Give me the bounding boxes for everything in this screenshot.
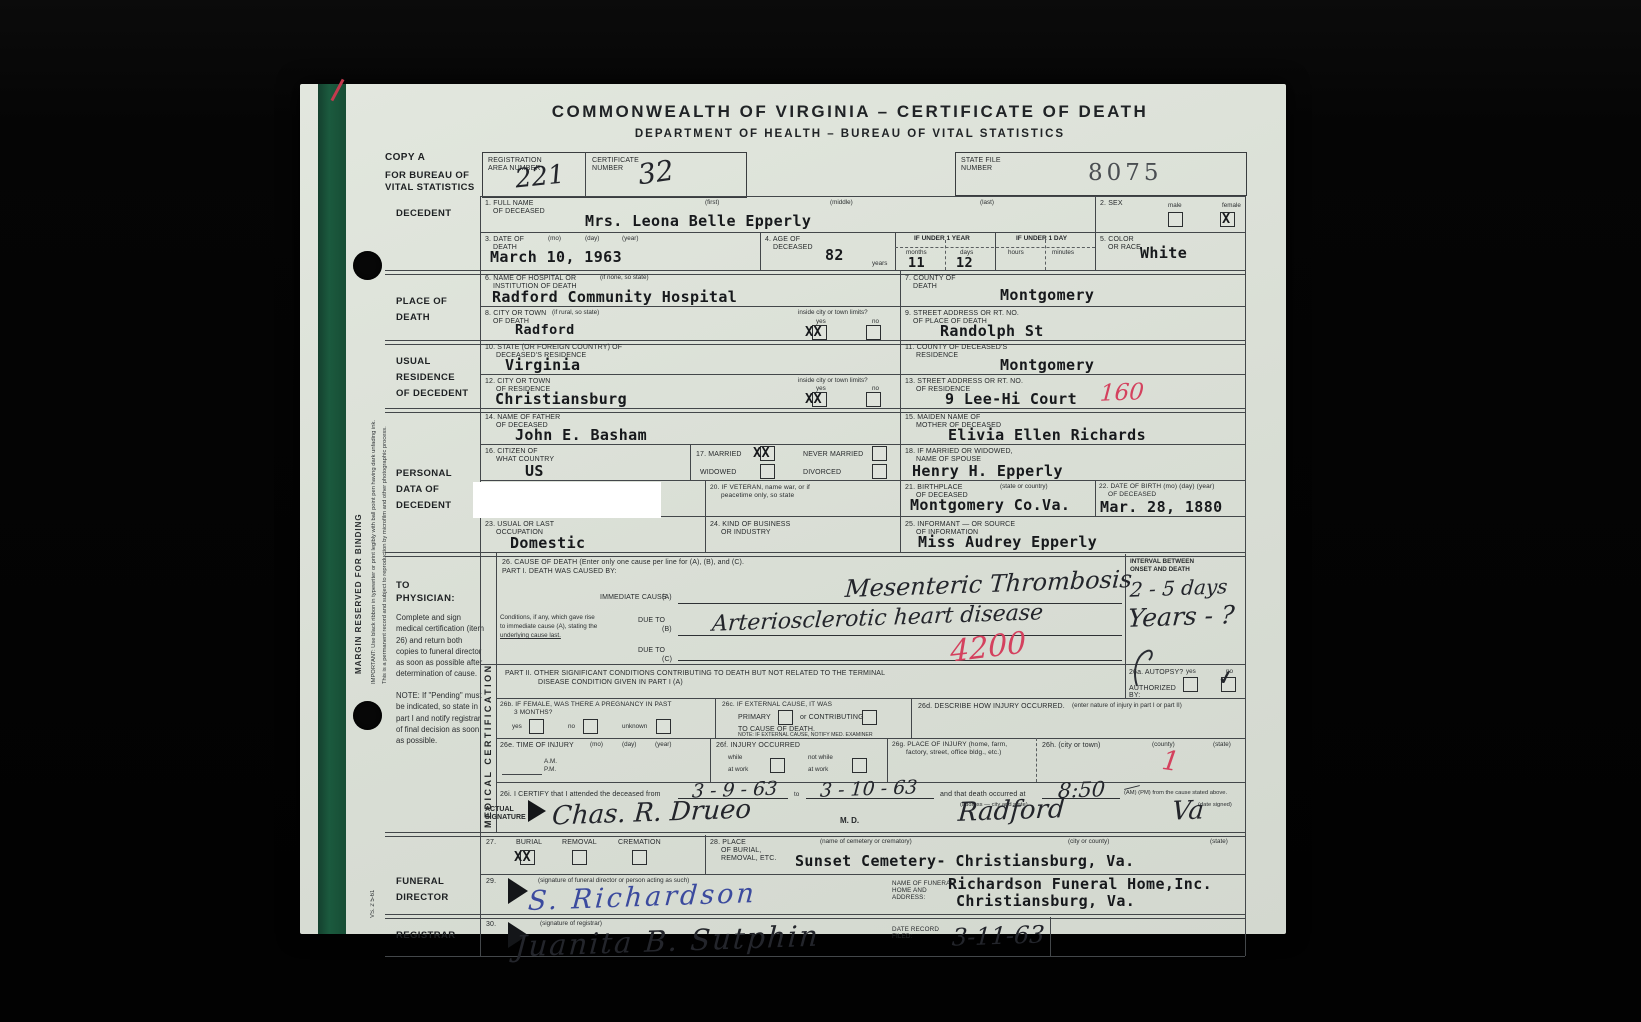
f21-hint: (state or country) — [1000, 483, 1048, 490]
city-of-death-value: Radford — [515, 322, 575, 338]
f8-hint: (if rural, so state) — [552, 309, 599, 316]
side-label-place-of-death1: PLACE OF — [396, 296, 447, 307]
f28-cemetery-hint: (name of cemetery or crematory) — [820, 838, 912, 845]
f1-first-hint: (first) — [705, 199, 719, 206]
grid-line — [496, 738, 1245, 739]
f26h-state-hint: (state) — [1213, 741, 1231, 748]
box-divider — [585, 152, 586, 196]
f8-limits-label: inside city or town limits? — [798, 309, 868, 316]
side-label-registrar: REGISTRAR — [396, 930, 456, 941]
street-residence-value: 9 Lee-Hi Court — [945, 390, 1077, 408]
punch-hole — [353, 251, 382, 280]
f27-burial-label: BURIAL — [516, 838, 542, 847]
immediate-cause-label: IMMEDIATE CAUSE — [600, 593, 667, 602]
to-date-handwriting: 3 - 10 - 63 — [819, 776, 918, 801]
side-label-personal-data3: DECEDENT — [396, 500, 451, 511]
f11-label2: RESIDENCE — [916, 351, 958, 360]
side-label-usual-residence1: USUAL — [396, 356, 431, 367]
checkbox-external-primary — [778, 710, 793, 725]
interval-header1: INTERVAL BETWEEN — [1130, 558, 1194, 565]
married-mark: XX — [753, 445, 770, 461]
f26g-label2: factory, street, office bldg., etc.) — [906, 749, 1001, 757]
f28-label3: REMOVAL, ETC. — [721, 854, 777, 863]
signature-state-handwriting: Va — [1171, 795, 1205, 826]
side-label-personal-data1: PERSONAL — [396, 468, 452, 479]
grid-line — [480, 374, 1245, 375]
grid-line — [480, 196, 1245, 197]
cause-a-handwriting: Mesenteric Thrombosis — [844, 565, 1133, 603]
f4-years-label: years — [872, 260, 887, 267]
f17-never-label: NEVER MARRIED — [803, 450, 863, 459]
redaction-box — [473, 482, 661, 518]
conditions-line1: Conditions, if any, which gave rise — [500, 614, 595, 621]
side-label-decedent: DECEDENT — [396, 208, 451, 219]
f30-number: 30. — [486, 920, 496, 929]
physician-signature: Chas. R. Drueo — [551, 794, 752, 831]
grid-line-v — [1050, 917, 1051, 956]
part2-line1: PART II. OTHER SIGNIFICANT CONDITIONS CO… — [505, 669, 885, 678]
f26-label: 26. CAUSE OF DEATH (Enter only one cause… — [502, 558, 744, 567]
f12-limits-label: inside city or town limits? — [798, 377, 868, 384]
f12-no-label: no — [872, 385, 879, 392]
hospital-value: Radford Community Hospital — [492, 288, 737, 306]
f1-middle-hint: (middle) — [830, 199, 853, 206]
checkbox-autopsy-yes — [1183, 677, 1198, 692]
part2-line2: DISEASE CONDITION GIVEN IN PART I (A) — [538, 678, 683, 687]
f2-label: 2. SEX — [1100, 199, 1123, 208]
f26b-unknown-label: unknown — [622, 723, 647, 730]
checkbox-cremation — [632, 850, 647, 865]
grid-line-v — [911, 698, 912, 738]
grid-line-v — [705, 480, 706, 552]
grid-line-v — [760, 232, 761, 270]
important-note-line1: IMPORTANT: Use black ribbon in typewrite… — [371, 296, 377, 684]
copy-label: COPY A — [385, 152, 425, 163]
f2-female-label: female — [1222, 202, 1241, 209]
f6-hint: (if none, so state) — [600, 274, 649, 281]
checkbox-external-contributing — [862, 710, 877, 725]
medical-strip-border — [496, 552, 497, 832]
f27-cremation-label: CREMATION — [618, 838, 661, 847]
side-label-funeral-director2: DIRECTOR — [396, 892, 449, 903]
important-note-line2: This is a permanent record and subject t… — [382, 296, 388, 684]
section-divider — [385, 832, 1245, 837]
f5-label2: OR RACE — [1108, 243, 1141, 252]
grid-line-dashed — [1036, 738, 1037, 782]
signature-city-handwriting: Radford — [957, 794, 1066, 828]
grid-line — [480, 306, 1245, 307]
f26f-atwork2: at work — [808, 766, 828, 773]
checkbox-pregnancy-yes — [529, 719, 544, 734]
cause-line-c — [678, 660, 1122, 661]
side-label-personal-data2: DATA OF — [396, 484, 439, 495]
f26f-notwhile: not while — [808, 754, 833, 761]
registration-area-value: 221 — [514, 159, 567, 194]
f4-label2: DECEASED — [773, 243, 813, 252]
informant-value: Miss Audrey Epperly — [918, 533, 1097, 551]
cause-line-a — [678, 603, 1122, 604]
f3-year-hint: (year) — [622, 235, 638, 242]
date-of-death-value: March 10, 1963 — [490, 248, 622, 266]
conditions-line2: to immediate cause (A), stating the — [500, 623, 597, 630]
conditions-line3: underlying cause last. — [500, 632, 561, 639]
copy-for-line1: FOR BUREAU OF — [385, 170, 469, 181]
days-value: 12 — [956, 255, 973, 271]
age-value: 82 — [825, 246, 844, 264]
f27-removal-label: REMOVAL — [562, 838, 597, 847]
f29-number: 29. — [486, 877, 496, 886]
f26c-note: NOTE: IF EXTERNAL CAUSE, NOTIFY MED. EXA… — [738, 732, 873, 738]
f26f-label: 26f. INJURY OCCURRED — [716, 741, 800, 750]
limits-yes-mark: XX — [805, 324, 822, 340]
county-residence-value: Montgomery — [1000, 356, 1094, 374]
grid-line-dashed — [1045, 240, 1046, 270]
deceased-name-value: Mrs. Leona Belle Epperly — [585, 212, 811, 230]
checkbox-pregnancy-unknown — [656, 719, 671, 734]
f26h-label: 26h. (city or town) — [1042, 741, 1100, 750]
to-physician-instructions: Complete and sign medical certification … — [396, 612, 484, 680]
grid-line-v — [995, 232, 996, 270]
funeral-home-value-line1: Richardson Funeral Home,Inc. — [948, 875, 1212, 893]
due-to-1-label: DUE TO — [638, 616, 665, 625]
section-divider — [385, 552, 1245, 557]
f26e-day: (day) — [622, 741, 636, 748]
f26e-label: 26e. TIME OF INJURY — [500, 741, 574, 750]
side-label-funeral-director1: FUNERAL — [396, 876, 444, 887]
grid-line-v — [705, 835, 706, 874]
f24-label2: OR INDUSTRY — [721, 528, 771, 537]
f26c-contributing-label: or CONTRIBUTING — [800, 713, 864, 722]
copy-for-line2: VITAL STATISTICS — [385, 182, 475, 193]
spouse-name-value: Henry H. Epperly — [912, 462, 1063, 480]
ampm-tail-text: (AM) (PM) from the cause stated above. — [1124, 790, 1227, 796]
f26d-label: 26d. DESCRIBE HOW INJURY OCCURRED. — [918, 702, 1065, 711]
f26e-am: A.M. — [544, 758, 557, 765]
funeral-director-triangle — [508, 878, 528, 904]
state-file-label2: NUMBER — [961, 164, 992, 173]
interval-header2: ONSET AND DEATH — [1130, 566, 1190, 573]
signature-pointer-triangle — [528, 800, 546, 822]
actual-signature-label1: ACTUAL — [485, 806, 514, 813]
grid-line — [480, 232, 1245, 233]
race-value: White — [1140, 244, 1187, 262]
f26e-mo: (mo) — [590, 741, 603, 748]
checkbox-widowed — [760, 464, 775, 479]
interval-a-handwriting: 2 - 5 days — [1129, 574, 1228, 601]
side-label-usual-residence3: OF DECEDENT — [396, 388, 469, 399]
date-of-birth-value: Mar. 28, 1880 — [1100, 498, 1223, 516]
f4-hours-label: hours — [1008, 249, 1024, 256]
f26b-no-label: no — [568, 723, 575, 730]
f26b-label2: 3 MONTHS? — [514, 709, 553, 717]
funeral-home-value-line2: Christiansburg, Va. — [956, 892, 1135, 910]
medical-certification-caption: MEDICAL CERTIFICATION — [483, 562, 493, 828]
grid-line-v — [1095, 480, 1096, 516]
f2-male-label: male — [1168, 202, 1182, 209]
checkbox-limits-no — [866, 325, 881, 340]
grid-line-v — [887, 738, 888, 782]
f26c-label: 26c. IF EXTERNAL CAUSE, IT WAS — [722, 701, 832, 709]
father-name-value: John E. Basham — [515, 426, 647, 444]
checkbox-removal — [572, 850, 587, 865]
residence-limits-yes-mark: XX — [805, 391, 822, 407]
f27-number: 27. — [486, 838, 496, 847]
f17-married-label: 17. MARRIED — [696, 450, 742, 459]
form-right-border — [1245, 196, 1246, 956]
checkbox-divorced — [872, 464, 887, 479]
county-of-death-value: Montgomery — [1000, 286, 1094, 304]
f17-widowed-label: WIDOWED — [700, 468, 736, 477]
line-a-label: (A) — [662, 593, 672, 602]
red-annotation-1: 1 — [1160, 745, 1181, 778]
burial-mark: XX — [514, 849, 531, 865]
checkbox-injury-while-work — [770, 758, 785, 773]
f28-city-hint: (city or county) — [1068, 838, 1109, 845]
date-filed-label2: FILED: — [892, 933, 913, 941]
f7-label2: DEATH — [913, 282, 937, 291]
grid-line — [480, 480, 1245, 481]
state-residence-value: Virginia — [505, 356, 580, 374]
due-to-2-label: DUE TO — [638, 646, 665, 655]
grid-line — [480, 444, 1245, 445]
grid-line-v — [710, 738, 711, 782]
certificate-title: COMMONWEALTH OF VIRGINIA – CERTIFICATE O… — [450, 102, 1250, 122]
mother-name-value: Elivia Ellen Richards — [948, 426, 1146, 444]
f17-divorced-label: DIVORCED — [803, 468, 841, 477]
citizen-value: US — [525, 462, 544, 480]
f26f-while: while — [728, 754, 742, 761]
grid-line-v — [895, 232, 896, 270]
checkbox-male — [1168, 212, 1183, 227]
date-filed-value: 3-11-63 — [951, 920, 1045, 951]
grid-line-dashed — [895, 247, 1095, 248]
female-checkbox-mark: X — [1222, 211, 1231, 227]
f3-mo-hint: (mo) — [548, 235, 561, 242]
checkbox-injury-not-while-work — [852, 758, 867, 773]
f4-minutes-label: minutes — [1052, 249, 1074, 256]
form-code: VS. 2 5-61 — [370, 866, 376, 918]
occupation-value: Domestic — [510, 534, 585, 552]
f1-last-hint: (last) — [980, 199, 994, 206]
checkbox-residence-limits-no — [866, 392, 881, 407]
certificate-number-value: 32 — [636, 154, 676, 192]
f26e-pm: P.M. — [544, 766, 556, 773]
f26b-yes-label: yes — [512, 723, 522, 730]
side-label-to-physician1: TO — [396, 580, 410, 591]
city-residence-value: Christiansburg — [495, 390, 627, 408]
f26-part1-label: PART I. DEATH WAS CAUSED BY: — [502, 567, 617, 576]
birthplace-value: Montgomery Co.Va. — [910, 496, 1070, 514]
f28-state-hint: (state) — [1210, 838, 1228, 845]
grid-line-v — [900, 270, 901, 552]
certificate-subtitle: DEPARTMENT OF HEALTH – BUREAU OF VITAL S… — [450, 128, 1250, 140]
f26a-auth2: BY: — [1129, 691, 1140, 700]
f1-label2: OF DECEASED — [493, 207, 545, 216]
f4-under-year-label: IF UNDER 1 YEAR — [914, 235, 970, 242]
f26c-primary-label: PRIMARY — [738, 713, 771, 722]
binding-strip — [318, 84, 346, 934]
death-certificate-paper: MARGIN RESERVED FOR BINDING IMPORTANT: U… — [300, 84, 1286, 934]
form-left-border — [480, 196, 481, 956]
f20-label2: peacetime only, so state — [721, 492, 794, 500]
md-label: M. D. — [840, 816, 859, 825]
line-b-label: (B) — [662, 625, 672, 634]
punch-hole — [353, 701, 382, 730]
certificate-number-label2: NUMBER — [592, 164, 623, 173]
grid-line-v — [1095, 196, 1096, 270]
f3-day-hint: (day) — [585, 235, 599, 242]
f26f-atwork1: at work — [728, 766, 748, 773]
grid-line-dashed — [945, 240, 946, 270]
interval-b-handwriting: Years - ? — [1127, 600, 1236, 633]
red-annotation-160: 160 — [1099, 379, 1145, 407]
f26a-yes-label: yes — [1186, 668, 1196, 675]
photo-background: MARGIN RESERVED FOR BINDING IMPORTANT: U… — [0, 0, 1641, 1022]
months-value: 11 — [908, 255, 925, 271]
street-of-death-value: Randolph St — [940, 322, 1044, 340]
burial-place-value: Sunset Cemetery- Christiansburg, Va. — [795, 852, 1135, 870]
f26d-hint: (enter nature of injury in part I or par… — [1072, 702, 1182, 709]
actual-signature-label2: SIGNATURE — [485, 814, 526, 821]
grid-line-v — [715, 698, 716, 738]
to-physician-note: NOTE: If "Pending" must be indicated, so… — [396, 690, 488, 746]
state-file-value: 8075 — [1088, 160, 1163, 186]
f4-under-day-label: IF UNDER 1 DAY — [1016, 235, 1067, 242]
side-label-to-physician2: PHYSICIAN: — [396, 593, 455, 604]
funeral-home-label3: ADDRESS: — [892, 894, 925, 902]
grid-line-v — [690, 444, 691, 480]
f8-no-label: no — [872, 318, 879, 325]
funeral-director-signature: S. Richardson — [527, 878, 758, 917]
f26a-label: 26a. AUTOPSY? — [1129, 668, 1183, 677]
binding-margin-label: MARGIN RESERVED FOR BINDING — [354, 384, 363, 674]
side-label-usual-residence2: RESIDENCE — [396, 372, 455, 383]
f26e-year: (year) — [655, 741, 671, 748]
line-c-label: (C) — [662, 655, 672, 664]
time-underline — [502, 774, 542, 775]
to-word: to — [794, 791, 799, 798]
checkbox-never-married — [872, 446, 887, 461]
side-label-place-of-death2: DEATH — [396, 312, 430, 323]
checkbox-pregnancy-no — [583, 719, 598, 734]
